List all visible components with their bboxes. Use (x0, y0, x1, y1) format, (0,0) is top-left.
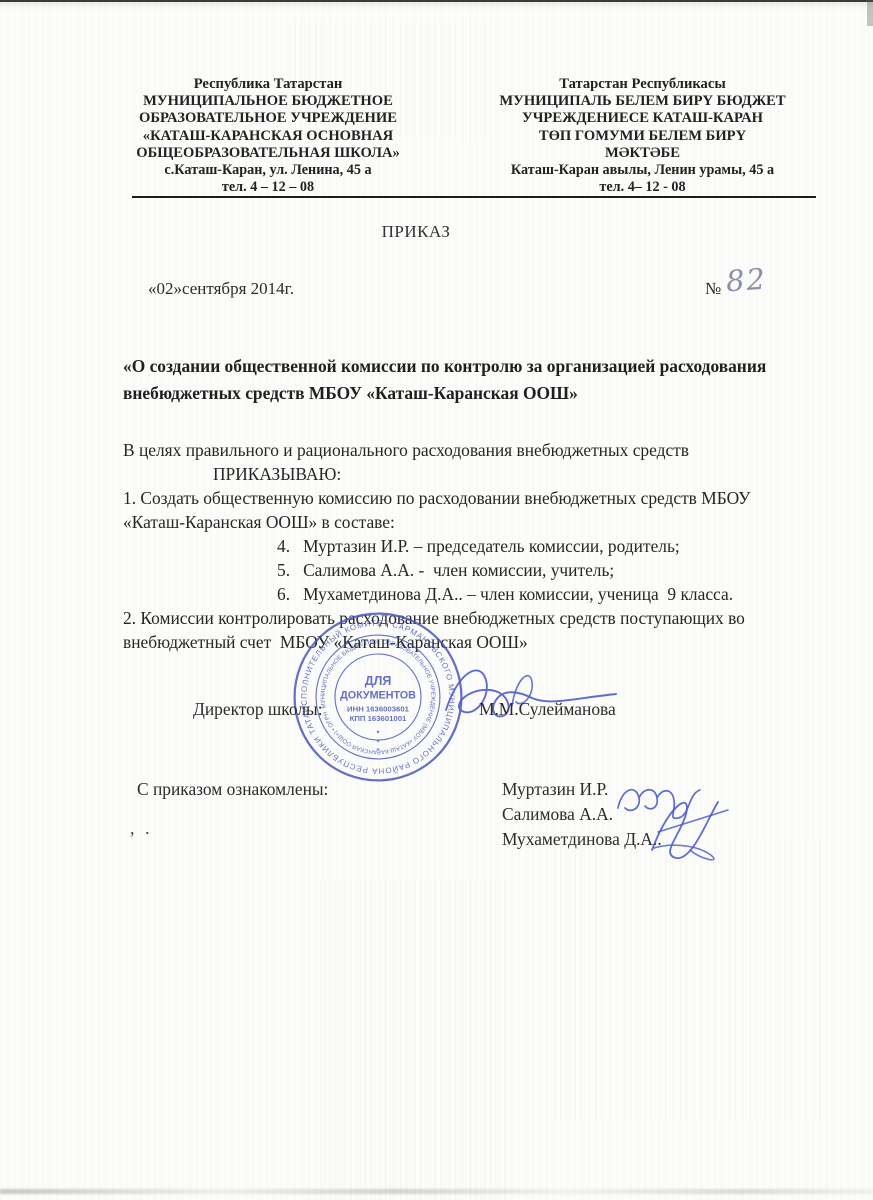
salimova-signature (612, 776, 712, 824)
mukhametdinova-signature (630, 788, 740, 866)
acknowledged-name: Салимова А.А. (502, 804, 613, 825)
order-number-handwritten: 82 (725, 262, 768, 299)
letterhead-line: МУНИЦИПАЛЬ БЕЛЕМ БИРҮ БЮДЖЕТ (470, 93, 815, 110)
order-number-label: № (705, 279, 721, 299)
scan-top-shadow (0, 2, 873, 10)
letterhead-divider-line (132, 196, 816, 198)
scan-ink-dots: , . (130, 818, 153, 839)
letterhead-line: УЧРЕЖДЕНИЕСЕ КАТАШ-КАРАН (470, 110, 815, 127)
order-body-line: В целях правильного и рационального расх… (123, 440, 689, 461)
stamp-inn: ИНН 1636003601 (347, 705, 410, 714)
order-body-line: 1. Создать общественную комиссию по расх… (123, 488, 750, 509)
letterhead-russian: Республика Татарстан МУНИЦИПАЛЬНОЕ БЮДЖЕ… (128, 76, 408, 196)
letterhead-line: Республика Татарстан (128, 76, 408, 93)
order-body-line: «Каташ-Каранская ООШ» в составе: (123, 512, 395, 533)
stamp-kpp: КПП 163601001 (350, 714, 407, 723)
letterhead-line: ОБРАЗОВАТЕЛЬНОЕ УЧРЕЖДЕНИЕ (128, 110, 408, 127)
scan-corner-mark (867, 0, 873, 26)
stamp-star: * (376, 729, 379, 738)
stamp-star: * (376, 746, 379, 755)
letterhead-line: «КАТАШ-КАРАНСКАЯ ОСНОВНАЯ (128, 128, 408, 145)
official-stamp: ИСПОЛНИТЕЛЬНЫЙ КОМИТЕТ САРМАНОВСКОГО МУН… (292, 611, 464, 783)
stamp-center-line1: ДЛЯ (365, 674, 392, 688)
document-type-heading: ПРИКАЗ (0, 222, 832, 242)
order-date: «02»сентября 2014г. (148, 279, 294, 299)
order-title-line1: «О создании общественной комиссии по кон… (123, 356, 766, 377)
letterhead-tatar: Татарстан Республикасы МУНИЦИПАЛЬ БЕЛЕМ … (470, 76, 815, 196)
order-body-line: ПРИКАЗЫВАЮ: (213, 464, 341, 485)
letterhead-line: Татарстан Республикасы (470, 76, 815, 93)
order-list-item: 4. Муртазин И.Р. – председатель комиссии… (277, 536, 680, 557)
scan-streak (320, 880, 510, 1200)
document-page: Республика Татарстан МУНИЦИПАЛЬНОЕ БЮДЖЕ… (0, 0, 873, 1200)
scan-streak (555, 840, 835, 1120)
letterhead-address: Каташ-Каран авылы, Ленин урамы, 45 а (470, 162, 815, 179)
letterhead-phone: тел. 4– 12 - 08 (470, 179, 815, 196)
director-label: Директор школы: (193, 699, 323, 720)
scan-bottom-edge (0, 1189, 873, 1194)
stamp-svg: ИСПОЛНИТЕЛЬНЫЙ КОМИТЕТ САРМАНОВСКОГО МУН… (292, 611, 464, 783)
order-list-item: 5. Салимова А.А. - член комиссии, учител… (277, 560, 614, 581)
acknowledged-name: Мухаметдинова Д.А.. (502, 829, 662, 850)
letterhead-line: МӘКТӘБЕ (470, 145, 815, 162)
letterhead-line: ТӨП ГОМУМИ БЕЛЕМ БИРҮ (470, 128, 815, 145)
acknowledgment-label: С приказом ознакомлены: (137, 779, 328, 800)
order-title-line2: внебюджетных средств МБОУ «Каташ-Каранск… (123, 383, 578, 404)
order-list-item: 6. Мухаметдинова Д.А.. – член комиссии, … (277, 584, 733, 605)
director-name: М.М.Сулейманова (479, 699, 616, 720)
letterhead-line: ОБЩЕОБРАЗОВАТЕЛЬНАЯ ШКОЛА» (128, 145, 408, 162)
letterhead-line: МУНИЦИПАЛЬНОЕ БЮДЖЕТНОЕ (128, 93, 408, 110)
acknowledged-name: Муртазин И.Р. (502, 779, 608, 800)
stamp-center-line2: ДОКУМЕНТОВ (340, 690, 416, 702)
stamp-star: * (376, 737, 379, 746)
letterhead-phone: тел. 4 – 12 – 08 (128, 179, 408, 196)
letterhead-address: с.Каташ-Каран, ул. Ленина, 45 а (128, 162, 408, 179)
